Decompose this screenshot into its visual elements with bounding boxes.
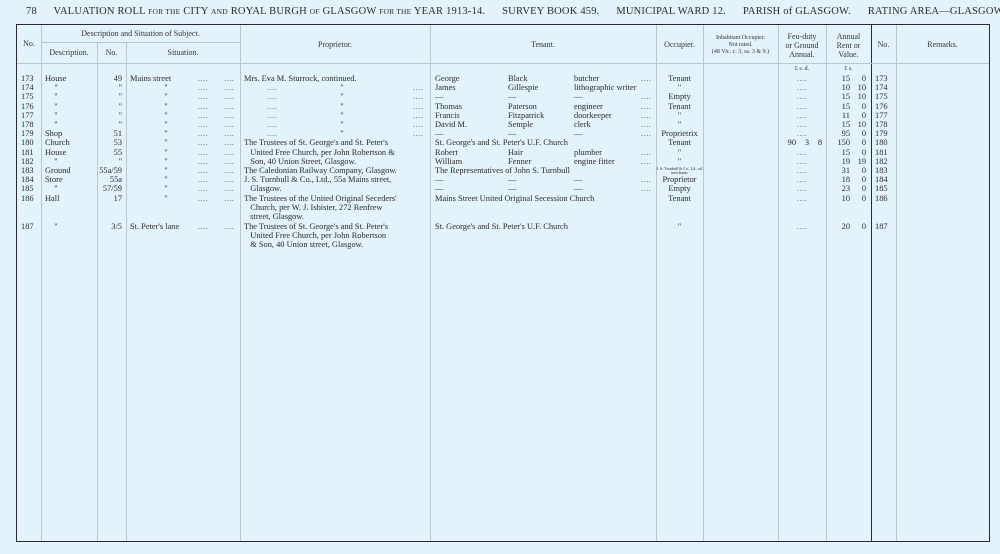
dots: ....: [267, 111, 277, 120]
row-number: 182: [21, 157, 34, 166]
rent-shillings: 0: [851, 138, 866, 147]
description: ": [41, 102, 71, 111]
tenant-occupation: —: [574, 175, 582, 184]
subject-number: ": [97, 102, 122, 111]
table-row: 180Church53"........The Trustees of St. …: [17, 138, 991, 147]
dots: ....: [224, 129, 234, 138]
feu-duty: ....: [778, 129, 826, 138]
feu-duty: ....: [778, 222, 826, 231]
dots: ....: [641, 74, 651, 83]
dots: ....: [413, 129, 423, 138]
rent-pounds: 95: [826, 129, 850, 138]
dots: ....: [198, 83, 208, 92]
rating-area: RATING AREA—GLASGOW: [868, 6, 1000, 17]
row-number-right: 187: [875, 222, 888, 231]
proprietor-ditto: ": [327, 92, 357, 101]
situation: ": [126, 111, 206, 120]
dots: ....: [224, 138, 234, 147]
situation: ": [126, 194, 206, 203]
rent-shillings: 0: [851, 184, 866, 193]
description: Church: [45, 138, 70, 147]
occupier: ": [656, 83, 703, 92]
tenant-occupation: —: [574, 129, 582, 138]
tenant-occupation: engineer: [574, 102, 603, 111]
dots: ....: [267, 83, 277, 92]
description: ": [41, 120, 71, 129]
row-number: 185: [21, 184, 34, 193]
rent-pounds: 15: [826, 120, 850, 129]
tenant-occupation: —: [574, 92, 582, 101]
feu-pounds: 90: [778, 138, 796, 147]
header-no: No.: [17, 39, 41, 48]
rent-pounds: 23: [826, 184, 850, 193]
subject-number: 57/59: [97, 184, 122, 193]
proprietor: The Caledonian Railway Company, Glasgow.: [244, 166, 397, 175]
tenant-occupation: —: [574, 184, 582, 193]
description: House: [45, 148, 66, 157]
situation: ": [126, 184, 206, 193]
feu-duty: ....: [778, 184, 826, 193]
rent-pounds: 15: [826, 92, 850, 101]
rent-pounds: 15: [826, 102, 850, 111]
dots: ....: [198, 138, 208, 147]
occupier: ": [656, 120, 703, 129]
description: House: [45, 74, 66, 83]
row-number-right: 185: [875, 184, 888, 193]
dots: ....: [641, 102, 651, 111]
tenant-first-name: William: [435, 157, 462, 166]
subject-number: ": [97, 83, 122, 92]
table-row: 186Hall17"........The Trustees of the Un…: [17, 194, 991, 203]
occupier: Tenant: [656, 138, 703, 147]
feu-duty: ....: [778, 166, 826, 175]
situation: St. Peter's lane: [130, 222, 179, 231]
feu-duty: ....: [778, 175, 826, 184]
dots: ....: [224, 92, 234, 101]
feu-duty: ....: [778, 92, 826, 101]
feu-duty: ....: [778, 120, 826, 129]
rent-pounds: 20: [826, 222, 850, 231]
feu-duty: ....: [778, 111, 826, 120]
rent-shillings: 10: [851, 92, 866, 101]
occupier: Empty: [656, 92, 703, 101]
tenant-surname: Gillespie: [508, 83, 538, 92]
subject-number: ": [97, 120, 122, 129]
row-number: 179: [21, 129, 34, 138]
subject-number: 55a/59: [97, 166, 122, 175]
header-bottom-rule: [17, 63, 989, 64]
subject-number: 55: [97, 148, 122, 157]
tenant: The Representatives of John S. Turnbull: [435, 166, 570, 175]
tenant-first-name: Robert: [435, 148, 458, 157]
dots: ....: [224, 222, 234, 231]
row-number: 175: [21, 92, 34, 101]
valuation-table: No. Description and Situation of Subject…: [16, 24, 990, 542]
tenant-surname: —: [508, 92, 516, 101]
table-row: 174"""............"....JamesGillespielit…: [17, 83, 991, 92]
situation: ": [126, 166, 206, 175]
dots: ....: [267, 92, 277, 101]
table-row: 179Shop51"............"....———....Propri…: [17, 129, 991, 138]
dots: ....: [224, 157, 234, 166]
tenant-first-name: George: [435, 74, 460, 83]
tenant-occupation: clerk: [574, 120, 591, 129]
occupier: J. S. Turnbull & Co., Ld., oil merchants: [656, 167, 703, 175]
feu-duty: ....: [778, 102, 826, 111]
table-row: 181House55"........RobertHairplumber....…: [17, 148, 991, 157]
dots: ....: [198, 184, 208, 193]
proprietor-ditto: ": [327, 111, 357, 120]
dots: ....: [641, 148, 651, 157]
feu-pence: 8: [810, 138, 822, 147]
row-number-right: 181: [875, 148, 888, 157]
dots: ....: [224, 83, 234, 92]
tenant-occupation: doorkeeper: [574, 111, 612, 120]
header-description-group: Description and Situation of Subject.: [41, 29, 240, 38]
table-row: 175"""............"....———....Empty....1…: [17, 92, 991, 101]
subject-number: 53: [97, 138, 122, 147]
dots: ....: [641, 157, 651, 166]
rent-pounds: 15: [826, 148, 850, 157]
dots: ....: [413, 83, 423, 92]
rent-shillings: 10: [851, 120, 866, 129]
row-number: 187: [21, 222, 34, 231]
row-number: 184: [21, 175, 34, 184]
occupier: ": [656, 148, 703, 157]
tenant-surname: —: [508, 129, 516, 138]
subject-number: ": [97, 157, 122, 166]
tenant-surname: Paterson: [508, 102, 537, 111]
row-number: 176: [21, 102, 34, 111]
table-row: 185"57/59"........———....Empty....230185: [17, 184, 991, 193]
description: ": [41, 184, 71, 193]
tenant-first-name: —: [435, 175, 443, 184]
table-row: 173House49Mains street........Mrs. Eva M…: [17, 74, 991, 83]
proprietor-ditto: ": [327, 129, 357, 138]
row-number-right: 184: [875, 175, 888, 184]
tenant-surname: —: [508, 184, 516, 193]
situation: ": [126, 92, 206, 101]
tenant: Mains Street United Original Secession C…: [435, 194, 594, 203]
table-row: 187"3/5St. Peter's lane........The Trust…: [17, 222, 991, 231]
dots: ....: [267, 129, 277, 138]
table-row: 177"""............"....FrancisFitzpatric…: [17, 111, 991, 120]
rent-shillings: 0: [851, 148, 866, 157]
occupier: Tenant: [656, 194, 703, 203]
tenant-occupation: butcher: [574, 74, 599, 83]
feu-shillings: 3: [797, 138, 809, 147]
header-subdivider: [41, 42, 240, 43]
dots: ....: [413, 120, 423, 129]
dots: ....: [198, 222, 208, 231]
rent-pounds: 15: [826, 74, 850, 83]
header-tenant: Tenant.: [430, 40, 656, 49]
row-number: 180: [21, 138, 34, 147]
dots: ....: [224, 111, 234, 120]
tenant-first-name: David M.: [435, 120, 467, 129]
rent-shillings: 0: [851, 222, 866, 231]
header-situation: Situation.: [126, 48, 240, 57]
header-proprietor: Proprietor.: [240, 40, 430, 49]
rent-shillings: 0: [851, 102, 866, 111]
rent-pounds: 150: [826, 138, 850, 147]
occupier: Tenant: [656, 102, 703, 111]
table-row: 184Store55a"........J. S. Turnbull & Co.…: [17, 175, 991, 184]
dots: ....: [267, 120, 277, 129]
tenant: St. George's and St. Peter's U.F. Church: [435, 222, 568, 231]
dots: ....: [224, 166, 234, 175]
row-number: 181: [21, 148, 34, 157]
row-number-right: 182: [875, 157, 888, 166]
occupier: Proprietor: [656, 175, 703, 184]
dots: ....: [641, 120, 651, 129]
table-row: 183Ground55a/59"........The Caledonian R…: [17, 166, 991, 175]
dots: ....: [641, 175, 651, 184]
rent-pounds: 31: [826, 166, 850, 175]
tenant-first-name: —: [435, 184, 443, 193]
dots: ....: [224, 102, 234, 111]
proprietor-ditto: ": [327, 120, 357, 129]
dots: ....: [198, 74, 208, 83]
dots: ....: [224, 148, 234, 157]
tenant: St. George's and St. Peter's U.F. Church: [435, 138, 568, 147]
description: ": [41, 111, 71, 120]
tenant-occupation: engine fitter: [574, 157, 615, 166]
rent-shillings: 0: [851, 166, 866, 175]
row-number-right: 179: [875, 129, 888, 138]
tenant-occupation: lithographic writer: [574, 83, 637, 92]
dots: ....: [413, 92, 423, 101]
row-number: 174: [21, 83, 34, 92]
tenant-surname: Semple: [508, 120, 533, 129]
dots: ....: [224, 194, 234, 203]
tenant-occupation: plumber: [574, 148, 602, 157]
proprietor: The Trustees of St. George's and St. Pet…: [244, 222, 388, 250]
header-inhabitant: Inhabitant Occupier. Not rated. (48 Vic.…: [703, 35, 778, 56]
tenant-surname: Fenner: [508, 157, 531, 166]
occupier: Tenant: [656, 74, 703, 83]
situation: Mains street: [130, 74, 171, 83]
description: ": [41, 157, 71, 166]
dots: ....: [198, 92, 208, 101]
situation: ": [126, 83, 206, 92]
description: Hall: [45, 194, 59, 203]
dots: ....: [198, 194, 208, 203]
row-number: 183: [21, 166, 34, 175]
proprietor: Mrs. Eva M. Sturrock, continued.: [244, 74, 357, 83]
rent-shillings: 0: [851, 111, 866, 120]
survey-book: SURVEY BOOK 459.: [502, 6, 599, 17]
description: ": [41, 222, 71, 231]
header-occupier: Occupier.: [656, 40, 703, 49]
row-number: 178: [21, 120, 34, 129]
page-number: 78: [26, 6, 37, 17]
tenant-first-name: Francis: [435, 111, 460, 120]
feu-duty: ....: [778, 194, 826, 203]
tenant-surname: Black: [508, 74, 528, 83]
situation: ": [126, 129, 206, 138]
tenant-first-name: —: [435, 92, 443, 101]
table-row: 182"""........WilliamFennerengine fitter…: [17, 157, 991, 166]
rent-shillings: 0: [851, 194, 866, 203]
situation: ": [126, 120, 206, 129]
rent-pounds: 10: [826, 194, 850, 203]
rent-shillings: 0: [851, 74, 866, 83]
occupier: ": [656, 222, 703, 231]
subject-number: 49: [97, 74, 122, 83]
subject-number: ": [97, 111, 122, 120]
row-number-right: 183: [875, 166, 888, 175]
row-number-right: 174: [875, 83, 888, 92]
rent-pounds: 19: [826, 157, 850, 166]
dots: ....: [224, 120, 234, 129]
occupier: ": [656, 111, 703, 120]
rent-pounds: 18: [826, 175, 850, 184]
table-row: 176"""............"....ThomasPatersoneng…: [17, 102, 991, 111]
feu-duty: ....: [778, 83, 826, 92]
table-row: 178"""............"....David M.Semplecle…: [17, 120, 991, 129]
tenant-surname: Hair: [508, 148, 523, 157]
rent-pounds: 10: [826, 83, 850, 92]
row-number-right: 175: [875, 92, 888, 101]
feu-duty: ....: [778, 157, 826, 166]
row-number: 177: [21, 111, 34, 120]
situation: ": [126, 157, 206, 166]
proprietor-ditto: ": [327, 83, 357, 92]
header-remarks: Remarks.: [896, 40, 989, 49]
dots: ....: [224, 184, 234, 193]
description: Ground: [45, 166, 71, 175]
row-number-right: 176: [875, 102, 888, 111]
dots: ....: [267, 102, 277, 111]
occupier: Proprietrix: [656, 129, 703, 138]
dots: ....: [224, 175, 234, 184]
dots: ....: [413, 102, 423, 111]
tenant-first-name: —: [435, 129, 443, 138]
dots: ....: [198, 111, 208, 120]
tenant-surname: Fitzpatrick: [508, 111, 544, 120]
dots: ....: [641, 184, 651, 193]
municipal-ward: MUNICIPAL WARD 12.: [616, 6, 726, 17]
header-description: Description.: [41, 48, 97, 57]
description: Shop: [45, 129, 62, 138]
feu-duty: ....: [778, 74, 826, 83]
situation: ": [126, 148, 206, 157]
page-title: 78 VALUATION ROLL for the CITY and ROYAL…: [26, 6, 1000, 17]
row-number-right: 173: [875, 74, 888, 83]
parish: PARISH of GLASGOW.: [743, 6, 851, 17]
situation: ": [126, 175, 206, 184]
rent-pounds: 11: [826, 111, 850, 120]
feu-units: £ s. d.: [778, 66, 826, 73]
tenant-first-name: James: [435, 83, 455, 92]
row-number-right: 180: [875, 138, 888, 147]
dots: ....: [413, 111, 423, 120]
subject-number: 51: [97, 129, 122, 138]
header-no-right: No.: [871, 40, 896, 49]
tenant-first-name: Thomas: [435, 102, 462, 111]
proprietor: The Trustees of the United Original Sece…: [244, 194, 397, 222]
occupier: ": [656, 157, 703, 166]
rent-shillings: 0: [851, 129, 866, 138]
dots: ....: [198, 166, 208, 175]
row-number: 186: [21, 194, 34, 203]
dots: ....: [198, 148, 208, 157]
rent-units: £ s.: [826, 66, 871, 73]
subject-number: 17: [97, 194, 122, 203]
dots: ....: [198, 175, 208, 184]
dots: ....: [641, 129, 651, 138]
proprietor-ditto: ": [327, 102, 357, 111]
dots: ....: [198, 102, 208, 111]
row-number-right: 178: [875, 120, 888, 129]
feu-duty: ....: [778, 148, 826, 157]
subject-number: ": [97, 92, 122, 101]
dots: ....: [641, 92, 651, 101]
rent-shillings: 10: [851, 83, 866, 92]
occupier: Empty: [656, 184, 703, 193]
rent-shillings: 19: [851, 157, 866, 166]
dots: ....: [198, 157, 208, 166]
dots: ....: [198, 120, 208, 129]
dots: ....: [641, 111, 651, 120]
header-subject-no: No.: [97, 48, 126, 57]
tenant-surname: —: [508, 175, 516, 184]
dots: ....: [224, 74, 234, 83]
subject-number: 3/5: [97, 222, 122, 231]
header-feu-duty: Feu-duty or Ground Annual.: [778, 32, 826, 59]
dots: ....: [198, 129, 208, 138]
situation: ": [126, 138, 206, 147]
row-number: 173: [21, 74, 34, 83]
description: Store: [45, 175, 63, 184]
row-number-right: 177: [875, 111, 888, 120]
row-number-right: 186: [875, 194, 888, 203]
description: ": [41, 92, 71, 101]
situation: ": [126, 102, 206, 111]
header-annual-rent: Annual Rent or Value.: [826, 32, 871, 59]
subject-number: 55a: [97, 175, 122, 184]
description: ": [41, 83, 71, 92]
rent-shillings: 0: [851, 175, 866, 184]
